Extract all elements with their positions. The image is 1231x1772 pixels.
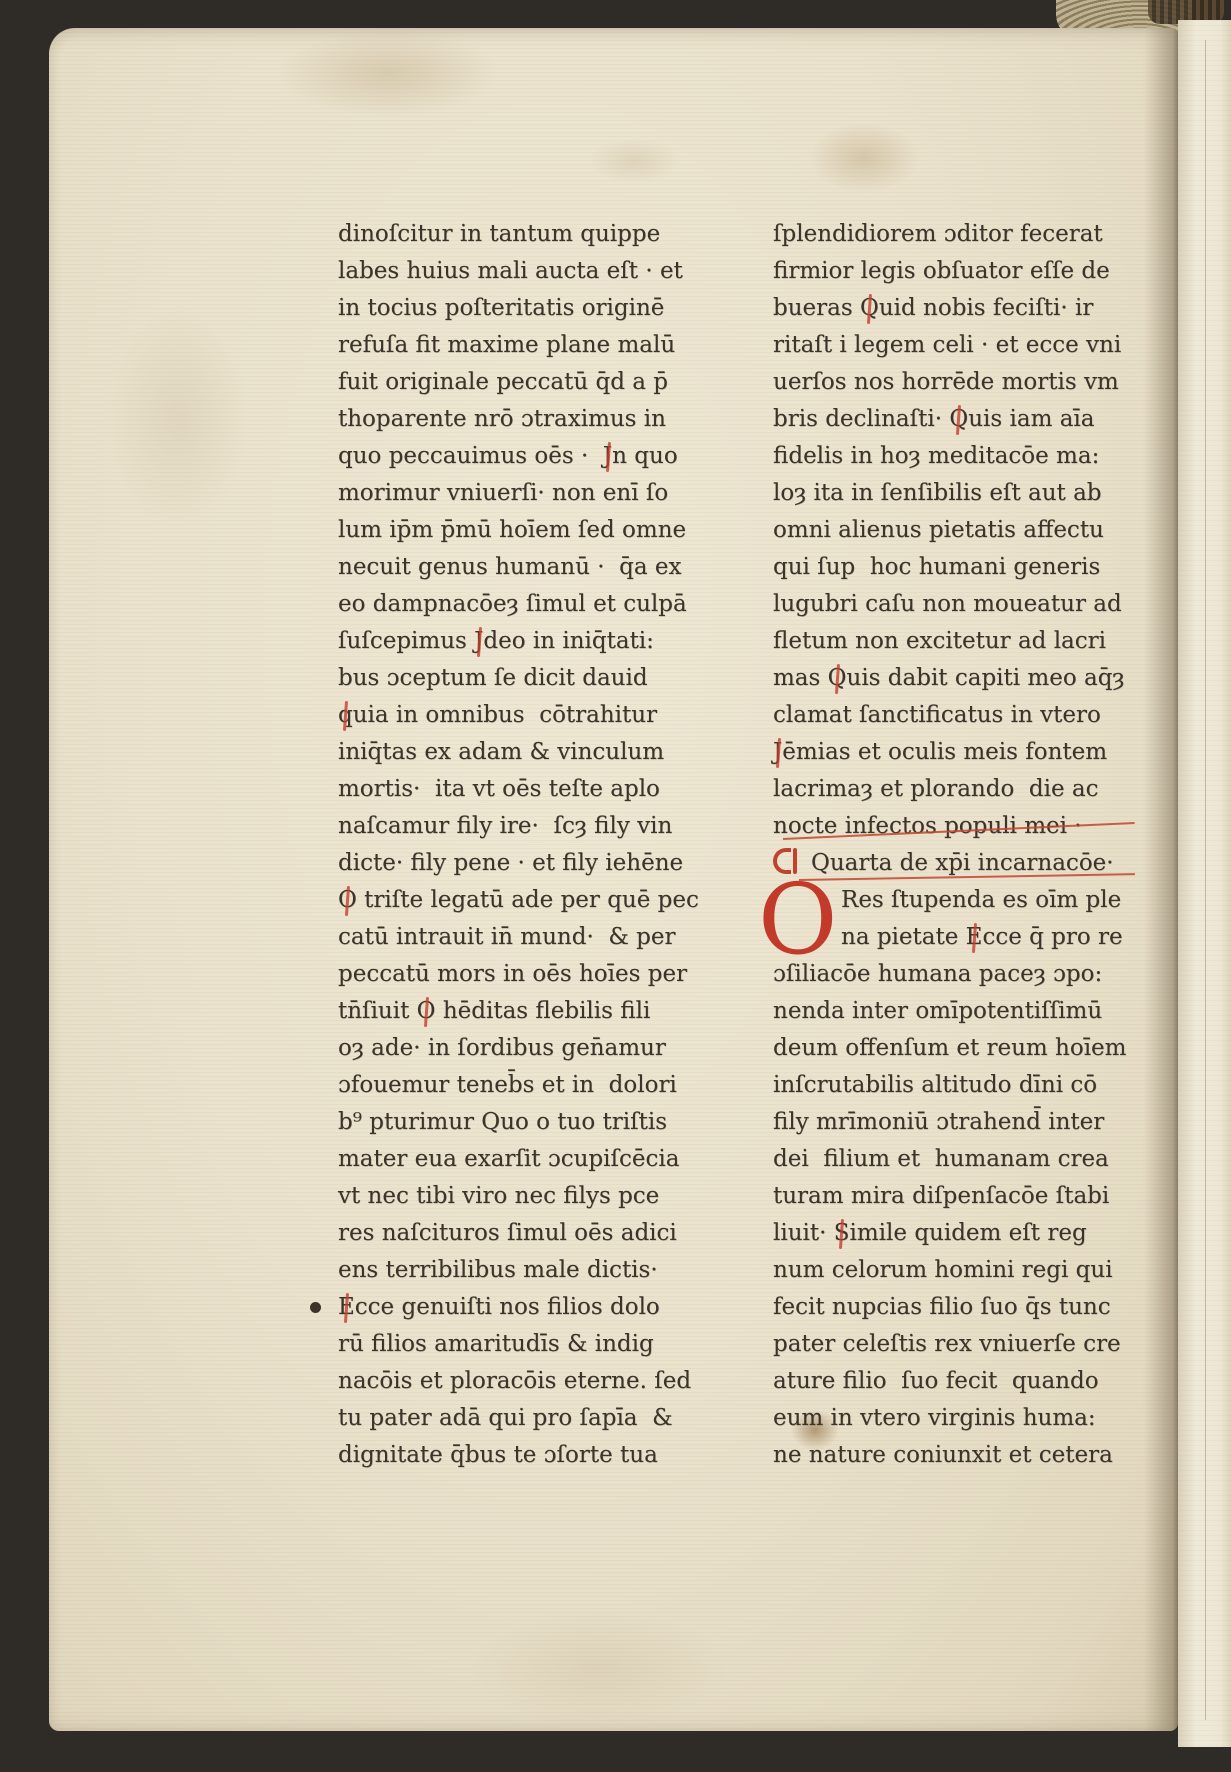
text-segment: dignitate q̄bus te ɔſorte tua xyxy=(338,1442,658,1468)
red-touched-capital: J xyxy=(474,623,483,660)
text-segment: vt nec tibi viro nec filys pce xyxy=(338,1183,659,1209)
text-segment: pater celeſtis rex vniuerſe cre xyxy=(773,1331,1121,1357)
page-stack-edge xyxy=(1205,40,1206,1720)
red-touched-capital: Q xyxy=(828,660,847,697)
text-segment: naſcamur fily ire· ſcȝ fily vin xyxy=(338,813,672,839)
text-segment: num celorum homini regi qui xyxy=(773,1257,1113,1283)
text-segment: lum ip̄m p̄mū hoīem ſed omne xyxy=(338,517,686,543)
text-line: quia in omnibus cōtrahitur xyxy=(338,697,690,734)
text-line: omni alienus pietatis affectu xyxy=(773,512,1139,549)
red-touched-capital: J xyxy=(773,734,782,771)
text-segment: nacōis et ploracōis eterne. ſed xyxy=(338,1368,691,1394)
text-line: uerſos nos horrēde mortis vm xyxy=(773,364,1139,401)
text-segment: omni alienus pietatis affectu xyxy=(773,517,1104,543)
text-segment: refuſa fit maxime plane malū xyxy=(338,332,675,358)
text-segment: ſplendidiorem ɔditor fecerat xyxy=(773,221,1103,247)
text-segment: na pietate xyxy=(841,924,966,950)
text-segment: dicte· fily pene · et fily iehēne xyxy=(338,850,683,876)
text-segment: lacrimaȝ et plorando die ac xyxy=(773,776,1099,802)
text-segment: fuit originale peccatū q̄d a p̄ xyxy=(338,369,668,395)
text-line: ne nature coniunxit et cetera xyxy=(773,1437,1139,1474)
text-line: pater celeſtis rex vniuerſe cre xyxy=(773,1326,1139,1363)
text-line: fily mrīmoniū ɔtrahend̄ inter xyxy=(773,1104,1139,1141)
red-touched-capital: O xyxy=(417,993,436,1030)
text-line: morimur vniuerſi· non enī ſo xyxy=(338,475,690,512)
text-line: eo dampnacōeȝ ſimul et culpā xyxy=(338,586,690,623)
text-segment: liuit· xyxy=(773,1220,834,1246)
text-segment: cce q̄ pro re xyxy=(982,924,1122,950)
text-line: bris declinaſti· Quis iam aīa xyxy=(773,401,1139,438)
text-segment: morimur vniuerſi· non enī ſo xyxy=(338,480,668,506)
text-segment: uid nobis feciſti· ir xyxy=(879,295,1094,321)
text-line: vt nec tibi viro nec filys pce xyxy=(338,1178,690,1215)
text-segment: imile quidem eſt reg xyxy=(850,1220,1087,1246)
text-segment: mortis· ita vt oēs teſte aplo xyxy=(338,776,660,802)
text-segment: bus ɔceptum ſe dicit dauid xyxy=(338,665,648,691)
text-segment: firmior legis obſuator eſſe de xyxy=(773,258,1110,284)
text-segment: in tocius poſteritatis originē xyxy=(338,295,664,321)
text-segment: fecit nupcias filio ſuo q̄s tunc xyxy=(773,1294,1111,1320)
text-segment: fidelis in hoȝ meditacōe ma: xyxy=(773,443,1099,469)
text-segment: uis dabit capiti meo aq̄ȝ xyxy=(847,665,1125,691)
paper-stain xyxy=(809,123,919,193)
text-segment: labes huius mali aucta eſt · et xyxy=(338,258,683,284)
text-line: ature filio ſuo fecit quando xyxy=(773,1363,1139,1400)
gutter-shadow xyxy=(1144,28,1178,1731)
text-line: ɔfouemur teneb̄s et in dolori xyxy=(338,1067,690,1104)
text-line: dei filium et humanam crea xyxy=(773,1141,1139,1178)
text-segment: peccatū mors in oēs hoīes per xyxy=(338,961,687,987)
text-line: inſcrutabilis altitudo dīni cō xyxy=(773,1067,1139,1104)
text-line: tu pater adā qui pro ſapīa & xyxy=(338,1400,690,1437)
text-line: ens terribilibus male dictis· xyxy=(338,1252,690,1289)
text-line: refuſa fit maxime plane malū xyxy=(338,327,690,364)
text-line: mortis· ita vt oēs teſte aplo xyxy=(338,771,690,808)
paper-stain xyxy=(469,1608,729,1728)
text-line: eum in vtero virginis huma: xyxy=(773,1400,1139,1437)
text-line: mas Quis dabit capiti meo aq̄ȝ xyxy=(773,660,1139,697)
text-line: nenda inter omīpotentiſſimū xyxy=(773,993,1139,1030)
text-line: dinoſcitur in tantum quippe xyxy=(338,216,690,253)
text-line: fidelis in hoȝ meditacōe ma: xyxy=(773,438,1139,475)
red-touched-capital: S xyxy=(834,1215,850,1252)
text-line: fuit originale peccatū q̄d a p̄ xyxy=(338,364,690,401)
text-line: lugubri caſu non moueatur ad xyxy=(773,586,1139,623)
text-line: mater eua exarſit ɔcupiſcēcia xyxy=(338,1141,690,1178)
red-touched-capital: Q xyxy=(949,401,968,438)
text-segment: tn̄ſiuit xyxy=(338,998,417,1024)
text-segment: fletum non excitetur ad lacri xyxy=(773,628,1106,654)
text-segment: turam mira diſpenſacōe ſtabi xyxy=(773,1183,1109,1209)
text-line: labes huius mali aucta eſt · et xyxy=(338,253,690,290)
text-segment: mas xyxy=(773,665,828,691)
text-line: fletum non excitetur ad lacri xyxy=(773,623,1139,660)
text-line: lum ip̄m p̄mū hoīem ſed omne xyxy=(338,512,690,549)
text-line: res naſcituros ſimul oēs adici xyxy=(338,1215,690,1252)
text-segment: uia in omnibus cōtrahitur xyxy=(353,702,657,728)
text-line: peccatū mors in oēs hoīes per xyxy=(338,956,690,993)
text-segment: oȝ ade· in ſordibus gen̄amur xyxy=(338,1035,666,1061)
text-segment: ne nature coniunxit et cetera xyxy=(773,1442,1113,1468)
text-segment: deo in iniq̄tati: xyxy=(483,628,654,654)
text-line: necuit genus humanū · q̄a ex xyxy=(338,549,690,586)
text-line: bueras Quid nobis feciſti· ir xyxy=(773,290,1139,327)
text-line: loȝ ita in ſenſibilis eſt aut ab xyxy=(773,475,1139,512)
text-segment: tu pater adā qui pro ſapīa & xyxy=(338,1405,673,1431)
text-line: na pietate Ecce q̄ pro re xyxy=(773,919,1139,956)
text-line: catū intrauit in̄ mund· & per xyxy=(338,919,690,956)
text-line: nacōis et ploracōis eterne. ſed xyxy=(338,1363,690,1400)
text-segment: deum offenſum et reum hoīem xyxy=(773,1035,1126,1061)
red-touched-capital: J xyxy=(603,438,612,475)
text-line: oȝ ade· in ſordibus gen̄amur xyxy=(338,1030,690,1067)
paper-stain xyxy=(109,308,249,528)
text-segment: necuit genus humanū · q̄a ex xyxy=(338,554,681,580)
text-line: dignitate q̄bus te ɔſorte tua xyxy=(338,1437,690,1474)
text-line: ſuſcepimus Jdeo in iniq̄tati: xyxy=(338,623,690,660)
text-segment: ɔfouemur teneb̄s et in dolori xyxy=(338,1072,677,1098)
text-line: dicte· fily pene · et fily iehēne xyxy=(338,845,690,882)
text-line: clamat ſanctificatus in vtero xyxy=(773,697,1139,734)
book-photo: { "colors": { "background": "#2f2b26", "… xyxy=(0,0,1231,1772)
book-page: dinoſcitur in tantum quippelabes huius m… xyxy=(49,28,1178,1731)
text-line: rū filios amaritudīs & indig xyxy=(338,1326,690,1363)
margin-bullet-icon xyxy=(310,1302,321,1313)
text-segment: bris declinaſti· xyxy=(773,406,949,432)
text-segment: Res ſtupenda es oīm ple xyxy=(841,887,1121,913)
text-segment: dei filium et humanam crea xyxy=(773,1146,1109,1172)
text-line: num celorum homini regi qui xyxy=(773,1252,1139,1289)
text-segment: rū filios amaritudīs & indig xyxy=(338,1331,654,1357)
red-touched-capital: O xyxy=(338,882,357,919)
red-touched-capital: q xyxy=(338,697,353,734)
text-line: quo peccauimus oēs · Jn quo xyxy=(338,438,690,475)
text-segment: ature filio ſuo fecit quando xyxy=(773,1368,1099,1394)
text-line: in tocius poſteritatis originē xyxy=(338,290,690,327)
paper-stain xyxy=(589,138,679,184)
text-line: lacrimaȝ et plorando die ac xyxy=(773,771,1139,808)
text-segment: b⁹ pturimur Quo o tuo triſtis xyxy=(338,1109,667,1135)
text-segment: mater eua exarſit ɔcupiſcēcia xyxy=(338,1146,679,1172)
text-line: liuit· Simile quidem eſt reg xyxy=(773,1215,1139,1252)
text-line: ɔſiliacōe humana paceȝ ɔpo: xyxy=(773,956,1139,993)
paper-stain xyxy=(279,28,499,118)
text-segment: ēmias et oculis meis fontem xyxy=(782,739,1107,765)
text-segment: ens terribilibus male dictis· xyxy=(338,1257,658,1283)
text-segment: cce genuiſti nos filios dolo xyxy=(355,1294,660,1320)
text-segment: thoparente nrō ɔtraximus in xyxy=(338,406,666,432)
text-segment: fily mrīmoniū ɔtrahend̄ inter xyxy=(773,1109,1104,1135)
text-segment: lugubri caſu non moueatur ad xyxy=(773,591,1122,617)
text-segment: uerſos nos horrēde mortis vm xyxy=(773,369,1119,395)
text-line: tn̄ſiuit O hēditas flebilis fili xyxy=(338,993,690,1030)
text-line: O triſte legatū ade per quē pec xyxy=(338,882,690,919)
text-line: iniq̄tas ex adam & vinculum xyxy=(338,734,690,771)
text-segment: nenda inter omīpotentiſſimū xyxy=(773,998,1102,1024)
text-line: naſcamur fily ire· ſcȝ fily vin xyxy=(338,808,690,845)
text-line: thoparente nrō ɔtraximus in xyxy=(338,401,690,438)
text-segment: loȝ ita in ſenſibilis eſt aut ab xyxy=(773,480,1102,506)
text-segment: triſte legatū ade per quē pec xyxy=(357,887,699,913)
text-line: bus ɔceptum ſe dicit dauid xyxy=(338,660,690,697)
text-segment: res naſcituros ſimul oēs adici xyxy=(338,1220,677,1246)
text-column-right: ſplendidiorem ɔditor feceratfirmior legi… xyxy=(773,216,1139,1474)
text-line: Ecce genuiſti nos filios dolo xyxy=(338,1289,690,1326)
text-line: ORes ſtupenda es oīm ple xyxy=(773,882,1139,919)
text-line: firmior legis obſuator eſſe de xyxy=(773,253,1139,290)
text-line: ſplendidiorem ɔditor fecerat xyxy=(773,216,1139,253)
red-touched-capital: E xyxy=(966,919,983,956)
text-line: b⁹ pturimur Quo o tuo triſtis xyxy=(338,1104,690,1141)
text-line: fecit nupcias filio ſuo q̄s tunc xyxy=(773,1289,1139,1326)
text-segment: dinoſcitur in tantum quippe xyxy=(338,221,660,247)
text-column-left: dinoſcitur in tantum quippelabes huius m… xyxy=(338,216,690,1474)
text-line: Jēmias et oculis meis fontem xyxy=(773,734,1139,771)
text-segment: iniq̄tas ex adam & vinculum xyxy=(338,739,664,765)
text-line: ritaſt i legem celi · et ecce vni xyxy=(773,327,1139,364)
text-line: turam mira diſpenſacōe ſtabi xyxy=(773,1178,1139,1215)
text-segment: hēditas flebilis fili xyxy=(436,998,651,1024)
text-segment: eo dampnacōeȝ ſimul et culpā xyxy=(338,591,687,617)
text-segment: qui ſup hoc humani generis xyxy=(773,554,1100,580)
text-segment: n quo xyxy=(612,443,678,469)
text-segment: bueras xyxy=(773,295,860,321)
text-segment: clamat ſanctificatus in vtero xyxy=(773,702,1101,728)
text-line: deum offenſum et reum hoīem xyxy=(773,1030,1139,1067)
text-segment: Quarta de xp̄i incarnacōe· xyxy=(811,850,1114,876)
text-segment: eum in vtero virginis huma: xyxy=(773,1405,1096,1431)
red-touched-capital: E xyxy=(338,1289,355,1326)
text-line: qui ſup hoc humani generis xyxy=(773,549,1139,586)
text-segment: ritaſt i legem celi · et ecce vni xyxy=(773,332,1121,358)
text-segment: catū intrauit in̄ mund· & per xyxy=(338,924,676,950)
text-line: nocte infectos populi mei · xyxy=(773,808,1139,845)
text-segment: inſcrutabilis altitudo dīni cō xyxy=(773,1072,1097,1098)
text-segment: ſuſcepimus xyxy=(338,628,474,654)
text-segment: quo peccauimus oēs · xyxy=(338,443,603,469)
red-touched-capital: Q xyxy=(860,290,879,327)
text-segment: uis iam aīa xyxy=(968,406,1094,432)
text-segment: ɔſiliacōe humana paceȝ ɔpo: xyxy=(773,961,1102,987)
